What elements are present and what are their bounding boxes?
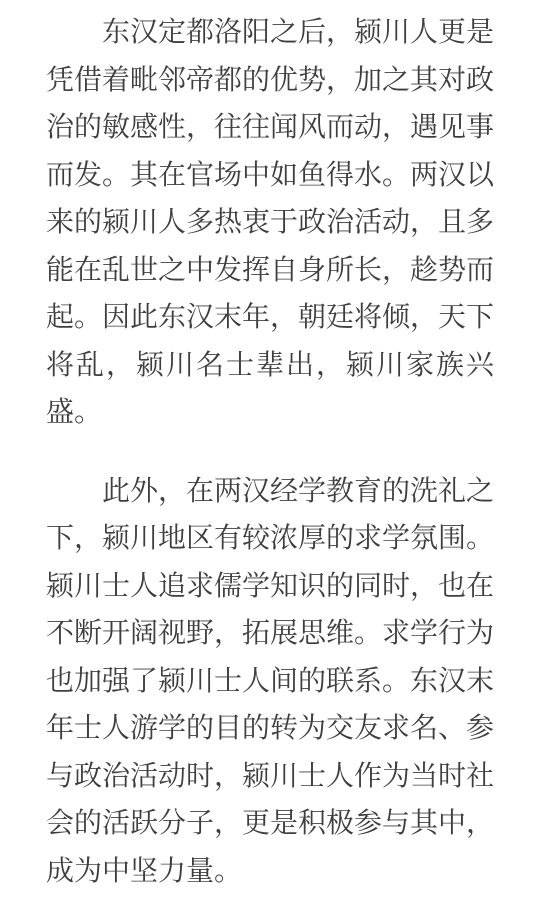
body-paragraph-2: 此外，在两汉经学教育的洗礼之下，颍川地区有较浓厚的求学氛围。颍川士人追求儒学知识… — [46, 467, 494, 895]
reader-page: 东汉定都洛阳之后，颍川人更是凭借着毗邻帝都的优势，加之其对政治的敏感性，往往闻风… — [0, 0, 540, 912]
body-paragraph-1: 东汉定都洛阳之后，颍川人更是凭借着毗邻帝都的优势，加之其对政治的敏感性，往往闻风… — [46, 8, 494, 436]
